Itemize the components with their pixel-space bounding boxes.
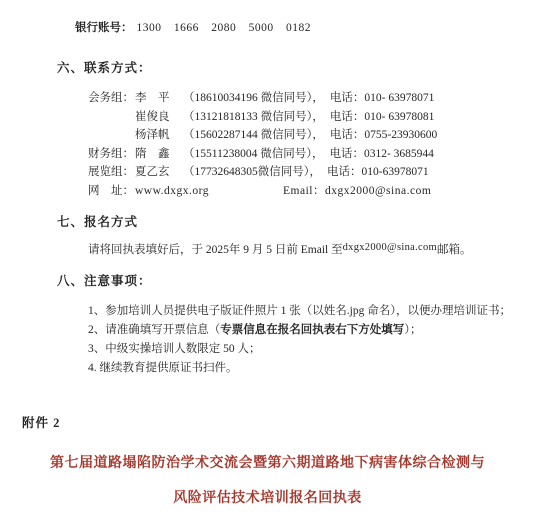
- signup-body-suffix: 邮箱。: [437, 244, 472, 256]
- email-address: dxgx2000@sina.com: [325, 185, 431, 197]
- contact-name: 杨泽帆: [135, 126, 183, 145]
- contact-row: 财务组：隋 鑫（15511238004 微信同号），电话：0312- 36859…: [88, 145, 535, 164]
- note-item-4: 4. 继续教育提供原证书扫件。: [88, 359, 535, 378]
- note-item-3: 3、中级实操培训人数限定 50 人；: [88, 340, 535, 359]
- contact-row: 崔俊良（13121818133 微信同号），电话：010- 63978081: [88, 108, 535, 127]
- bank-account-line: 银行账号：1300 1666 2080 5000 0182: [75, 20, 535, 36]
- notes-section-heading: 八、注意事项：: [57, 273, 535, 289]
- form-title-line1: 第七届道路塌陷防治学术交流会暨第六期道路地下病害体综合检测与: [0, 446, 535, 481]
- note-item-2-suffix: ）；: [404, 324, 421, 336]
- attachment-label: 附件 2: [22, 414, 535, 432]
- contact-phone: 电话：010-63978071: [327, 166, 429, 178]
- contact-group: 财务组：: [88, 145, 135, 164]
- contact-section-heading: 六、联系方式：: [57, 60, 535, 76]
- website-label: 网 址：: [88, 182, 135, 201]
- contact-phone: 电话：0755-23930600: [330, 129, 437, 141]
- signup-body-prefix: 请将回执表填好后，于 2025年 9 月 5 日前 Email 至: [88, 244, 343, 256]
- contact-wechat: （15511238004 微信同号），: [183, 148, 323, 160]
- contact-wechat: （13121818133 微信同号），: [183, 111, 324, 123]
- contact-name: 隋 鑫: [135, 145, 183, 164]
- contact-phone: 电话：010- 63978071: [330, 92, 434, 104]
- note-item-2: 2、请准确填写开票信息（专票信息在报名回执表右下方处填写）；: [88, 321, 535, 340]
- note-item-2-bold: 专票信息在报名回执表右下方处填写: [220, 324, 404, 336]
- signup-body: 请将回执表填好后，于 2025年 9 月 5 日前 Email 至dxgx200…: [88, 242, 535, 259]
- note-item-2-prefix: 2、请准确填写开票信息（: [88, 324, 220, 336]
- form-title: 第七届道路塌陷防治学术交流会暨第六期道路地下病害体综合检测与 风险评估技术培训报…: [0, 446, 535, 516]
- contact-group: 展览组：: [88, 163, 135, 182]
- bank-account-number: 1300 1666 2080 5000 0182: [137, 22, 312, 34]
- contact-name: 夏乙玄: [135, 163, 183, 182]
- contact-group: 会务组：: [88, 89, 135, 108]
- contact-wechat: （17732648305微信同号），: [183, 166, 321, 178]
- contact-wechat: （18610034196 微信同号），: [183, 92, 324, 104]
- notes-list: 1、参加培训人员提供电子版证件照片 1 张（以姓名.jpg 命名），以便办理培训…: [88, 302, 535, 378]
- website-url: www.dxgx.org: [135, 182, 283, 201]
- contact-list: 会务组：李 平（18610034196 微信同号），电话：010- 639780…: [88, 89, 535, 200]
- document-page: 银行账号：1300 1666 2080 5000 0182 六、联系方式： 会务…: [0, 0, 535, 532]
- contact-name: 崔俊良: [135, 108, 183, 127]
- signup-section-heading: 七、报名方式: [57, 214, 535, 230]
- contact-row: 展览组：夏乙玄（17732648305微信同号），电话：010-63978071: [88, 163, 535, 182]
- email-label: Email：: [283, 185, 325, 197]
- contact-phone: 电话：010- 63978081: [330, 111, 434, 123]
- note-item-1: 1、参加培训人员提供电子版证件照片 1 张（以姓名.jpg 命名），以便办理培训…: [88, 302, 535, 321]
- contact-row: 杨泽帆（15602287144 微信同号），电话：0755-23930600: [88, 126, 535, 145]
- contact-phone: 电话：0312- 3685944: [329, 148, 433, 160]
- bank-account-label: 银行账号：: [75, 22, 133, 34]
- signup-email: dxgx2000@sina.com: [343, 242, 437, 253]
- contact-row: 会务组：李 平（18610034196 微信同号），电话：010- 639780…: [88, 89, 535, 108]
- contact-wechat: （15602287144 微信同号），: [183, 129, 324, 141]
- website-line: 网 址：www.dxgx.orgEmail：dxgx2000@sina.com: [88, 182, 535, 201]
- form-title-line2: 风险评估技术培训报名回执表: [0, 481, 535, 516]
- contact-name: 李 平: [135, 89, 183, 108]
